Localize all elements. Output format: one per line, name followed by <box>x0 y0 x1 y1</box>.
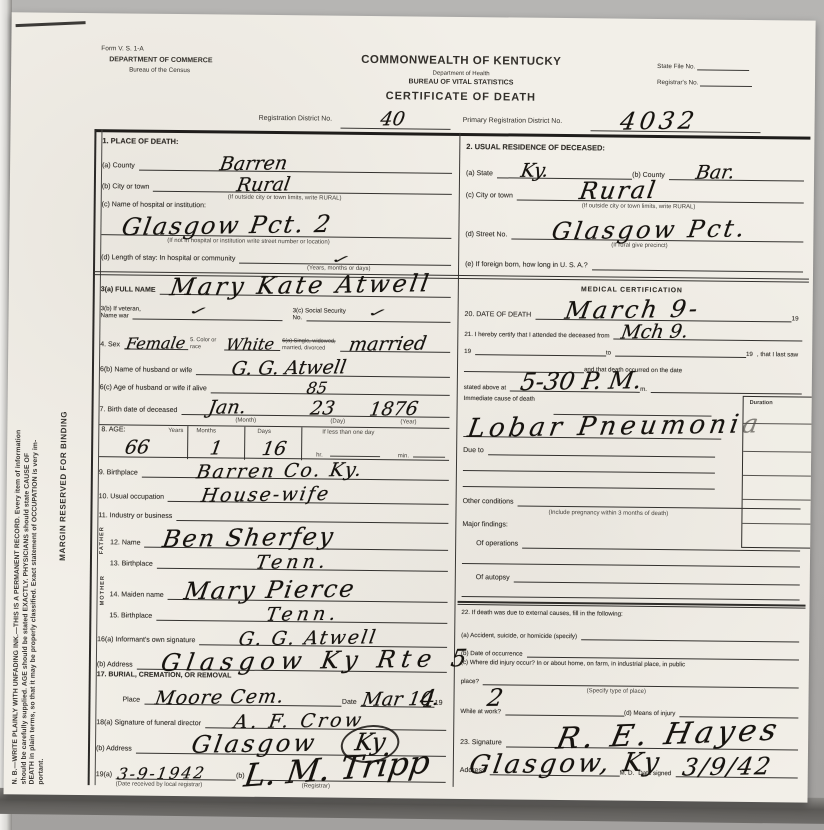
sex-value: Female <box>124 333 186 353</box>
residence-state-value: Ky. <box>519 160 550 182</box>
residence-street-note: (If rural give precinct) <box>611 243 667 250</box>
margin-binding-text: MARGIN RESERVED FOR BINDING <box>58 301 70 561</box>
burial-date-label: Date <box>342 699 357 707</box>
blank-row-1 <box>463 457 801 475</box>
husband-value: G. G. Atwell <box>230 356 348 380</box>
color-race-label: 5. Color or race <box>190 337 222 350</box>
received-date-note: (Date received by local registrar) <box>116 781 203 788</box>
accident-label: (a) Accident, suicide, or homicide (spec… <box>461 632 577 640</box>
city-value: Rural <box>235 173 292 196</box>
age-min-line <box>413 456 445 457</box>
place-of-death-title: 1. PLACE OF DEATH: <box>102 137 178 146</box>
funeral-address-label: (b) Address <box>96 745 132 753</box>
certify-from-value: Mch 9. <box>619 320 689 343</box>
certify-saw: , that I last saw <box>757 351 798 359</box>
other-conditions-note: (Include pregnancy within 3 months of de… <box>548 510 668 517</box>
blank-row-4 <box>462 584 800 601</box>
residence-street-row: (d) Street No. Glasgow Pct. <box>465 212 803 243</box>
autopsy-label: Of autopsy <box>476 574 510 582</box>
color-line: White <box>224 346 280 351</box>
certify-time-value: 5-30 P. M. <box>518 366 643 396</box>
birthplace-label: 9. Birthplace <box>99 469 138 477</box>
veteran-line-wrap: Name war ✓ <box>100 312 282 321</box>
age-less-cell: If less than one day hr. min. <box>302 427 449 462</box>
ss-no-label: No. <box>292 314 302 321</box>
certificate-paper: MARGIN RESERVED FOR BINDING N. B.—WRITE … <box>4 12 816 802</box>
physician-address-line: Glasgow, Ky <box>489 771 619 776</box>
age-days-label: Days <box>257 429 271 435</box>
residence-street-line: Glasgow Pct. <box>511 235 803 242</box>
county-label: (a) County <box>102 162 135 170</box>
age-days-value: 16 <box>260 438 288 460</box>
ss-check: ✓ <box>364 308 387 320</box>
blank-line-2 <box>463 483 715 490</box>
received-label: 19(a) <box>96 771 112 779</box>
industry-row: 11. Industry or business <box>98 504 448 524</box>
full-name-row: 3(a) FULL NAME Mary Kate Atwell <box>101 275 451 298</box>
ss-line-wrap: No. ✓ <box>292 314 450 323</box>
residence-county-value: Bar. <box>694 161 736 184</box>
husband-row: 6(b) Name of husband or wife G. G. Atwel… <box>100 353 450 378</box>
burial-place-label: Place <box>122 696 140 704</box>
birth-date-row: 7. Birth date of deceased Jan. 23 1876 <box>100 394 450 418</box>
city-label: (b) City or town <box>102 183 150 192</box>
birthplace-value: Barren Co. Ky. <box>195 459 365 484</box>
date-signed-line: 3/9/42 <box>675 773 798 778</box>
certify-time-line: 5-30 P. M. <box>510 387 640 392</box>
injury-where-row: (c) Where did injury occur? In or about … <box>461 659 799 670</box>
other-conditions-line <box>518 503 801 510</box>
father-birthplace-value: Tenn. <box>254 551 331 574</box>
major-findings-label: Major findings: <box>462 521 508 530</box>
funeral-director-label: 18(a) Signature of funeral director <box>96 719 201 728</box>
marital-label: 6(a) Single, widowed, married, divorced <box>282 338 338 351</box>
veteran-ss-row: 3(b) If veteran, Name war ✓ 3(c) Social … <box>100 297 450 323</box>
cause-label: Immediate cause of death <box>464 395 535 403</box>
occupation-row: 10. Usual occupation House-wife <box>99 480 449 505</box>
certify-from-line: Mch 9. <box>613 336 802 342</box>
informant-address-row: (b) Address Glasgow Ky Rte 5 <box>97 646 447 673</box>
length-of-stay-label: (d) Length of stay: In hospital or commu… <box>101 254 235 263</box>
father-name-row: 12. Name Ben Sherfey <box>110 523 448 551</box>
burial-place-line: Moore Cem. <box>144 701 342 707</box>
foreign-born-line <box>592 266 803 272</box>
mother-birthplace-label: 15. Birthplace <box>109 612 152 620</box>
husband-label: 6(b) Name of husband or wife <box>100 366 192 375</box>
medical-certification-title: MEDICAL CERTIFICATION <box>581 286 683 295</box>
operations-row: Of operations <box>476 533 800 551</box>
residence-city-value: Rural <box>578 176 660 205</box>
age-label: 8. AGE: <box>101 426 125 434</box>
county-row: (a) County Barren <box>102 151 452 174</box>
mother-group-label: MOTHER <box>100 575 106 605</box>
physician-signature-label: 23. Signature <box>460 739 502 747</box>
certify-stated: stated above at <box>464 384 506 392</box>
father-group-label: FATHER <box>99 526 105 554</box>
autopsy-row: Of autopsy <box>476 567 800 585</box>
occupation-label: 10. Usual occupation <box>99 493 164 502</box>
certify-text-1: 21. I hereby certify that I attended the… <box>464 331 609 340</box>
marital-line: married <box>340 348 450 353</box>
birth-year-value: 1876 <box>367 398 419 421</box>
ss-line: ✓ <box>306 317 450 323</box>
physician-address-row: Address Glasgow, Ky M. D. Date signed 3/… <box>460 751 798 779</box>
age-years-label: Years <box>168 428 183 434</box>
injury-where-label: (c) Where did injury occur? In or about … <box>461 659 685 668</box>
length-of-stay-check: ✓ <box>327 254 350 266</box>
received-date-line: 3-9-1942 <box>116 775 236 780</box>
father-birthplace-line: Tenn. <box>157 565 448 572</box>
residence-city-line: Rural <box>517 197 804 204</box>
birthplace-row: 9. Birthplace Barren Co. Ky. <box>99 458 449 481</box>
certify-line-2b <box>615 353 746 358</box>
registrar-note: (Registrar) <box>302 783 330 789</box>
residence-state-label: (a) State <box>466 170 493 178</box>
place-of-death-title-row: 1. PLACE OF DEATH: <box>102 137 452 149</box>
certify-to: to <box>606 349 611 356</box>
industry-label: 11. Industry or business <box>98 512 172 521</box>
birth-date-label: 7. Birth date of deceased <box>100 406 178 415</box>
foreign-born-label: (e) If foreign born, how long in U. S. A… <box>465 261 588 270</box>
birth-month-value: Jan. <box>206 396 247 419</box>
funeral-director-row: 18(a) Signature of funeral director A. F… <box>96 707 446 731</box>
veteran-line: ✓ <box>133 316 283 322</box>
age-years-cell: 8. AGE: Years 66 <box>99 425 188 459</box>
left-column: 1. PLACE OF DEATH: (a) County Barren (b)… <box>92 13 460 799</box>
cause-value: Lobar Pneumonia <box>465 409 764 444</box>
date-of-death-year: 19 <box>792 315 799 322</box>
age-months-value: 1 <box>209 437 225 459</box>
duration-label: Duration <box>750 400 773 406</box>
age-years-value: 66 <box>124 436 152 458</box>
accident-line <box>581 636 799 642</box>
occupation-value: House-wife <box>200 483 332 507</box>
age-min-label: min. <box>398 453 409 459</box>
injury-place-row: place? <box>461 671 799 689</box>
veteran-check: ✓ <box>186 306 209 318</box>
sex-label: 4. Sex <box>100 341 120 349</box>
length-of-stay-row: (d) Length of stay: In hospital or commu… <box>101 245 451 266</box>
burial-place-value: Moore Cem. <box>154 685 287 709</box>
residence-county-line: Bar. <box>669 176 804 181</box>
operations-line <box>522 545 800 552</box>
injury-place-label: place? <box>461 678 479 685</box>
certify-y2: 19 <box>746 351 753 358</box>
blank-row-3 <box>462 551 800 568</box>
occupation-line: House-wife <box>168 498 449 505</box>
medical-certification-row: MEDICAL CERTIFICATION <box>465 285 803 296</box>
residence-title-row: 2. USUAL RESIDENCE OF DECEASED: <box>466 143 804 155</box>
birth-date-line: Jan. 23 1876 <box>181 411 449 418</box>
margin-note: N. B.—WRITE PLAINLY WITH UNFADING INK.—T… <box>12 84 54 784</box>
date-of-death-row: 20. DATE OF DEATH March 9- 19 <box>465 299 803 323</box>
institution-label: (c) Name of hospital or institution: <box>102 201 206 210</box>
residence-title: 2. USUAL RESIDENCE OF DECEASED: <box>466 143 605 153</box>
day-note: (Day) <box>330 419 345 425</box>
certify-line-2a <box>475 351 606 356</box>
certify-row-4: stated above at 5-30 P. M. m. <box>464 374 802 395</box>
mother-maiden-row: 14. Maiden name Mary Pierce <box>110 573 448 603</box>
mother-maiden-label: 14. Maiden name <box>110 591 164 600</box>
mother-maiden-value: Mary Pierce <box>182 575 358 606</box>
full-name-label: 3(a) FULL NAME <box>101 286 156 295</box>
age-row: 8. AGE: Years 66 Months 1 Days 16 If les… <box>99 424 449 461</box>
operations-label: Of operations <box>476 540 518 548</box>
received-date-value: 3-9-1942 <box>116 763 207 783</box>
informant-address-label: (b) Address <box>97 661 133 669</box>
city-row: (b) City or town Rural <box>102 172 452 195</box>
mother-birthplace-row: 15. Birthplace Tenn. <box>109 602 447 624</box>
month-note: (Month) <box>235 418 256 424</box>
full-name-line: Mary Kate Atwell <box>159 291 450 298</box>
institution-note: (If not in hospital or institution write… <box>167 238 329 246</box>
accident-row: (a) Accident, suicide, or homicide (spec… <box>461 623 799 643</box>
sex-line: Female <box>124 345 188 350</box>
occurrence-date-row: (b) Date of occurrence <box>461 641 799 661</box>
other-conditions-label: Other conditions <box>463 498 514 507</box>
age-hr-line <box>330 456 380 458</box>
husband-age-value: 85 <box>305 378 329 397</box>
residence-city-row: (c) City or town Rural <box>466 180 804 204</box>
husband-age-row: 6(c) Age of husband or wife if alive 85 <box>100 377 450 396</box>
husband-line: G. G. Atwell <box>196 371 450 378</box>
physician-signature-row: 23. Signature R. E. Hayes <box>460 719 798 751</box>
injury-place-line <box>483 681 799 688</box>
date-of-death-label: 20. DATE OF DEATH <box>465 311 532 320</box>
external-causes-title-row: 22. If death was due to external causes,… <box>461 609 799 620</box>
informant-signature-row: 16(a) Informant's own signature G. G. At… <box>97 623 447 648</box>
age-hr-label: hr. <box>316 452 323 458</box>
father-name-line: Ben Sherfey <box>144 544 448 551</box>
certify-m: m. <box>640 386 647 393</box>
veteran-block: 3(b) If veteran, Name war ✓ <box>100 305 282 321</box>
burial-place-row: Place Moore Cem. Date Mar 10. 19 4 2 <box>122 683 446 707</box>
mother-birthplace-line: Tenn. <box>156 617 447 624</box>
residence-street-value: Glasgow Pct. <box>550 214 750 245</box>
occurrence-date-label: (b) Date of occurrence <box>461 650 523 658</box>
scan-corner-mark <box>16 21 86 27</box>
certify-y1: 19 <box>464 348 471 355</box>
father-birthplace-label: 13. Birthplace <box>110 560 153 568</box>
duration-line-1 <box>743 423 815 425</box>
institution-line: Glasgow Pct. 2 <box>101 231 451 239</box>
mother-maiden-line: Mary Pierce <box>168 596 448 603</box>
birth-day-value: 23 <box>308 397 336 419</box>
father-birthplace-row: 13. Birthplace Tenn. <box>110 550 448 572</box>
injury-place-note: (Specify type of place) <box>587 688 646 695</box>
city-note: (If outside city or town limits, write R… <box>228 195 342 202</box>
right-column: 2. USUAL RESIDENCE OF DECEASED: (a) Stat… <box>455 17 811 803</box>
birthplace-line: Barren Co. Ky. <box>142 474 449 481</box>
county-value: Barren <box>218 152 289 175</box>
full-name-value: Mary Kate Atwell <box>168 269 434 301</box>
means-of-injury-label: (d) Means of injury <box>624 710 675 718</box>
registrar-received-row: 19(a) 3-9-1942 (b) L. M. Tripp <box>96 757 446 783</box>
age-months-cell: Months 1 <box>188 426 245 460</box>
age-days-cell: Days 16 <box>245 427 302 461</box>
blank-line-4 <box>462 593 800 601</box>
mother-birthplace-value: Tenn. <box>265 603 342 626</box>
husband-age-label: 6(c) Age of husband or wife if alive <box>100 384 207 393</box>
physician-address-value: Glasgow, Ky <box>467 748 664 781</box>
social-security-block: 3(c) Social Security No. ✓ <box>282 307 450 323</box>
year-note: (Year) <box>400 419 416 425</box>
residence-city-label: (c) City or town <box>466 192 513 201</box>
due-to-label: Due to <box>463 447 484 455</box>
father-name-label: 12. Name <box>110 539 140 547</box>
scanned-death-certificate: MARGIN RESERVED FOR BINDING N. B.—WRITE … <box>0 0 824 830</box>
age-months-label: Months <box>196 428 216 434</box>
certify-row-2: 19 to 19 , that I last saw <box>464 340 802 359</box>
marital-label-rest: married, divorced <box>282 345 325 351</box>
age-less-label: If less than one day <box>322 430 374 437</box>
sex-color-marital-row: 4. Sex Female 5. Color or race White 6(a… <box>100 323 450 353</box>
marital-value: married <box>347 333 428 356</box>
foreign-born-row: (e) If foreign born, how long in U. S. A… <box>465 254 803 273</box>
certify-line-4b <box>651 389 802 395</box>
certify-row-1: 21. I hereby certify that I attended the… <box>464 323 802 342</box>
other-conditions-row: Other conditions <box>463 491 801 510</box>
external-causes-title: 22. If death was due to external causes,… <box>461 609 622 618</box>
father-name-value: Ben Sherfey <box>160 522 336 553</box>
institution-value: Glasgow Pct. 2 <box>120 210 335 241</box>
blank-row-2 <box>463 473 801 491</box>
residence-city-note: (If outside city or town limits, write R… <box>582 203 696 210</box>
color-value: White <box>224 334 275 354</box>
institution-row: (c) Name of hospital or institution: Gla… <box>101 201 451 239</box>
due-to-row: Due to <box>463 441 801 459</box>
informant-signature-label: 16(a) Informant's own signature <box>97 636 195 645</box>
city-line: Rural <box>153 188 452 195</box>
while-at-work-label: While at work? <box>460 708 501 716</box>
name-war-label: Name war <box>100 312 128 319</box>
burial-title: 17. BURIAL, CREMATION, OR REMOVAL <box>97 671 232 680</box>
cause-line-2: Lobar Pneumonia <box>463 433 721 440</box>
while-at-work-line <box>505 711 624 716</box>
blank-line-3 <box>462 560 800 568</box>
date-signed-value: 3/9/42 <box>680 752 774 781</box>
residence-street-label: (d) Street No. <box>465 231 507 239</box>
